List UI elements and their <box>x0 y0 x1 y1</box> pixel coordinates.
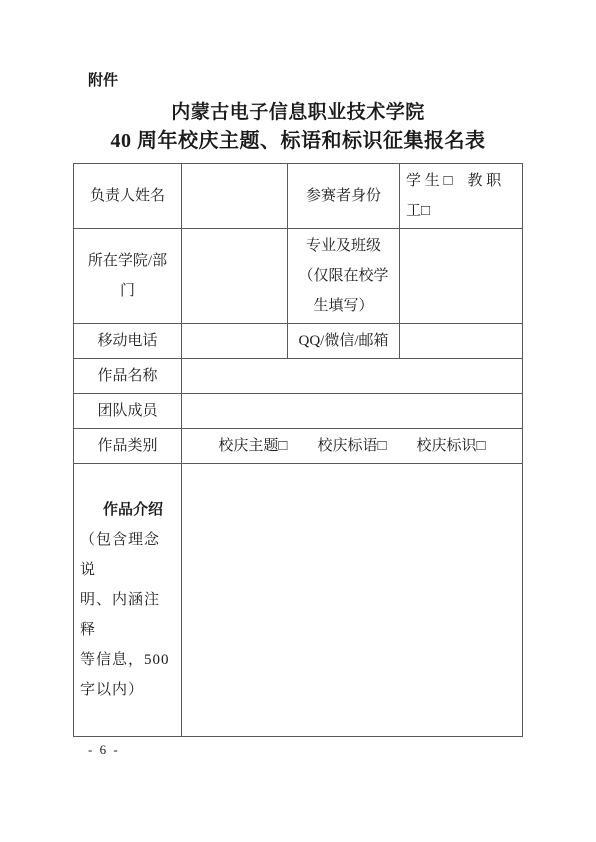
mobile-label: 移动电话 <box>74 324 182 359</box>
intro-label: 作品介绍 <box>80 495 175 525</box>
table-row-category: 作品类别 校庆主题□ 校庆标语□ 校庆标识□ <box>74 429 523 464</box>
major-class-label: 专业及班级 （仅限在校学 生填写） <box>288 229 400 324</box>
contact-input-cell[interactable] <box>400 324 523 359</box>
intro-note: （包含理念说 明、内涵注释 等信息，500 字以内） <box>80 525 175 705</box>
page-title-line2: 40 周年校庆主题、标语和标识征集报名表 <box>0 127 596 155</box>
category-checkbox-options[interactable]: 校庆主题□ 校庆标语□ 校庆标识□ <box>182 429 523 464</box>
department-label: 所在学院/部 门 <box>74 229 182 324</box>
page-number: - 6 - <box>88 742 120 758</box>
team-members-label: 团队成员 <box>74 394 182 429</box>
page-title: 内蒙古电子信息职业技术学院 40 周年校庆主题、标语和标识征集报名表 <box>0 99 596 155</box>
table-row-leader: 负责人姓名 参赛者身份 学 生 □ 教 职 工□ <box>74 164 523 229</box>
leader-name-input-cell[interactable] <box>182 164 288 229</box>
table-row-contact: 移动电话 QQ/微信/邮箱 <box>74 324 523 359</box>
work-name-input-cell[interactable] <box>182 359 523 394</box>
major-class-input-cell[interactable] <box>400 229 523 324</box>
contact-label: QQ/微信/邮箱 <box>288 324 400 359</box>
leader-name-label: 负责人姓名 <box>74 164 182 229</box>
mobile-input-cell[interactable] <box>182 324 288 359</box>
identity-checkbox-options[interactable]: 学 生 □ 教 职 工□ <box>400 164 523 229</box>
attachment-label: 附件 <box>88 70 596 92</box>
department-input-cell[interactable] <box>182 229 288 324</box>
intro-label-cell: 作品介绍 （包含理念说 明、内涵注释 等信息，500 字以内） <box>74 464 182 737</box>
page-title-line1: 内蒙古电子信息职业技术学院 <box>0 99 596 127</box>
registration-form-table: 负责人姓名 参赛者身份 学 生 □ 教 职 工□ 所在学院/部 门 专业及班级 … <box>73 163 523 737</box>
table-row-department: 所在学院/部 门 专业及班级 （仅限在校学 生填写） <box>74 229 523 324</box>
table-row-intro: 作品介绍 （包含理念说 明、内涵注释 等信息，500 字以内） <box>74 464 523 737</box>
work-name-label: 作品名称 <box>74 359 182 394</box>
identity-label: 参赛者身份 <box>288 164 400 229</box>
category-label: 作品类别 <box>74 429 182 464</box>
intro-input-cell[interactable] <box>182 464 523 737</box>
table-row-team: 团队成员 <box>74 394 523 429</box>
table-row-work-name: 作品名称 <box>74 359 523 394</box>
team-members-input-cell[interactable] <box>182 394 523 429</box>
